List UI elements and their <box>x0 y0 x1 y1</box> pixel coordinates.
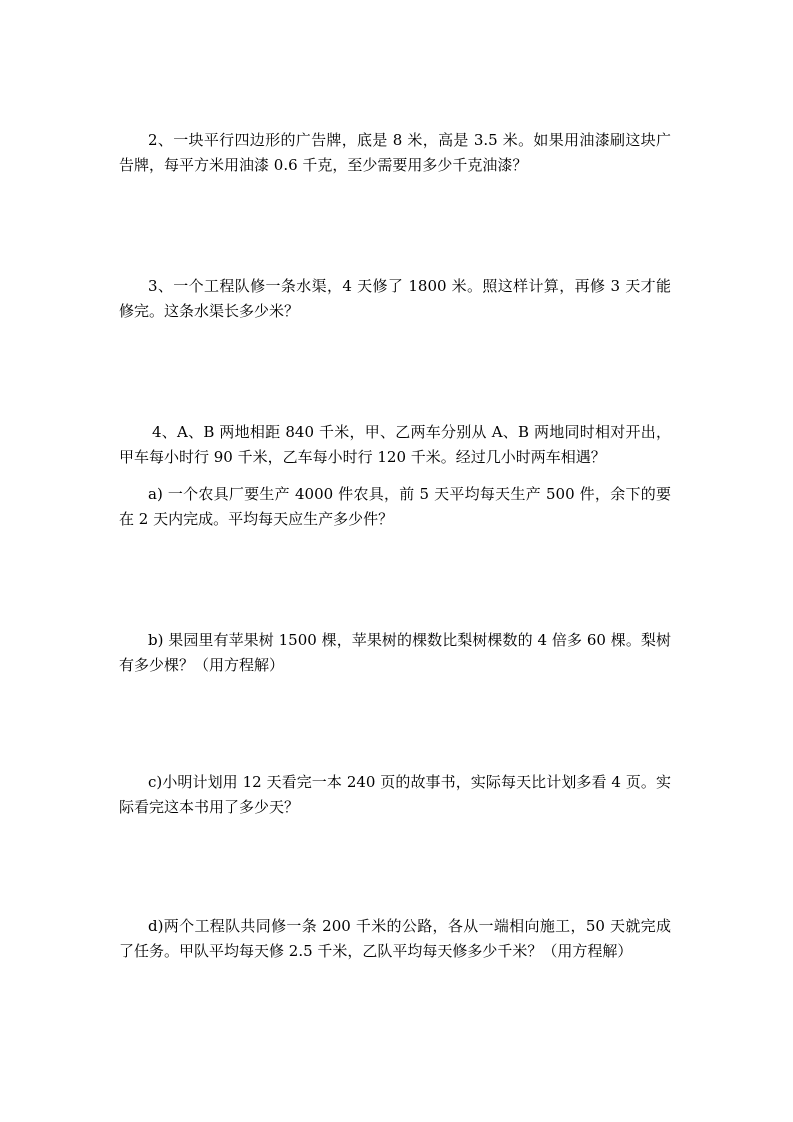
problem-4: 4、A、B 两地相距 840 千米，甲、乙两车分别从 A、B 两地同时相对开出，… <box>119 420 671 470</box>
problem-d: d)两个工程队共同修一条 200 千米的公路，各从一端相向施工，50 天就完成了… <box>119 914 671 964</box>
problem-2: 2、一块平行四边形的广告牌，底是 8 米，高是 3.5 米。如果用油漆刷这块广告… <box>119 128 671 178</box>
problem-c: c)小明计划用 12 天看完一本 240 页的故事书，实际每天比计划多看 4 页… <box>119 770 671 820</box>
problem-a: a) 一个农具厂要生产 4000 件农具，前 5 天平均每天生产 500 件，余… <box>119 482 671 532</box>
problem-b: b) 果园里有苹果树 1500 棵，苹果树的棵数比梨树棵数的 4 倍多 60 棵… <box>119 628 671 678</box>
problem-3: 3、一个工程队修一条水渠，4 天修了 1800 米。照这样计算，再修 3 天才能… <box>119 274 671 324</box>
